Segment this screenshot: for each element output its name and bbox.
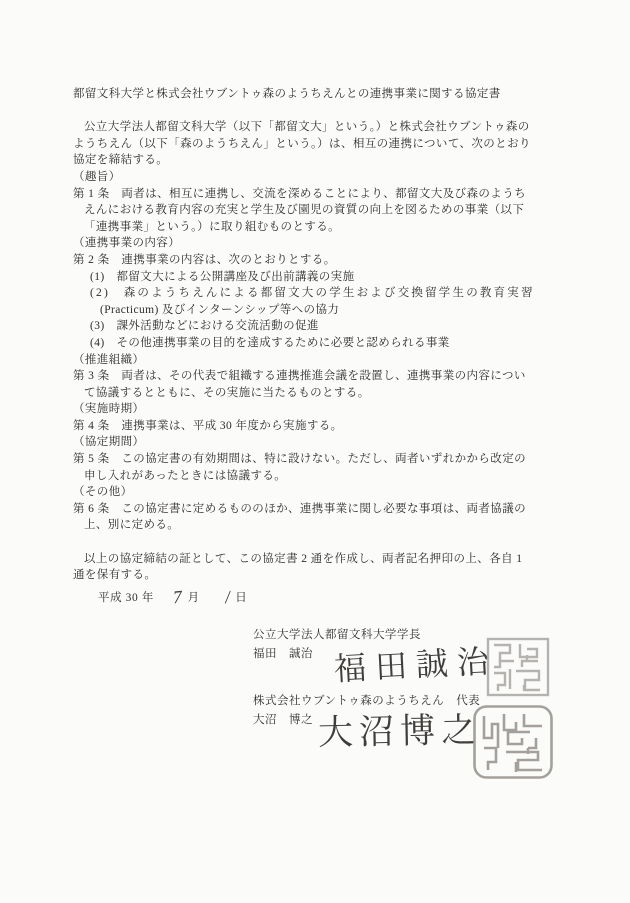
document-line: ようちえん（以下「森のようちえん」という。）は、相互の連携について、次のとおり [73,136,557,153]
date-era-year: 平成 30 年 [98,589,154,605]
document-line: 第 3 条 両者は、その代表で組織する連携推進会議を設置し、連携事業の内容につい [73,368,557,385]
document-line: (3) 課外活動などにおける交流活動の促進 [73,318,557,335]
document-line: 第 2 条 連携事業の内容は、次のとおりとする。 [73,252,557,269]
document-line: （協定期間） [73,434,557,451]
document-line: （趣旨） [73,169,557,186]
document-line: 協定を締結する。 [73,152,557,169]
document-line: 以上の協定締結の証として、この協定書 2 通を作成し、両者記名押印の上、各自 1 [73,551,557,568]
document-line: (4) その他連携事業の目的を達成するために必要と認められる事業 [73,335,557,352]
handwritten-day-value: / [224,586,231,607]
document-line: 上、別に定める。 [73,517,557,534]
date-day-label: 日 [235,589,247,605]
document-line: 第 1 条 両者は、相互に連携し、交流を深めることにより、都留文大及び森のようち [73,186,557,203]
handwritten-signature-fukuda: 福田誠治 [333,636,499,691]
document-body: 都留文科大学と株式会社ウブントゥ森のようちえんとの連携事業に関する協定書 公立大… [73,86,557,584]
document-line: 通を保有する。 [73,567,557,584]
document-line: 「連携事業」という。）に取り組むものとする。 [73,219,557,236]
document-line: (2) 森のようちえんによる都留文大の学生および交換留学生の教育実習 [73,285,557,302]
document-line: (1) 都留文大による公開講座及び出前講義の実施 [73,269,557,286]
document-title: 都留文科大学と株式会社ウブントゥ森のようちえんとの連携事業に関する協定書 [73,86,557,103]
document-line: て協議するとともに、その実施に当たるものとする。 [73,385,557,402]
handwritten-signature-onuma: 大沼博之 [318,703,483,756]
date-line: 平成 30 年 7 月 / 日 [98,584,247,610]
hanko-seal-stamp-university [486,637,550,697]
document-line: 公立大学法人都留文科大学（以下「都留文大」という。）と株式会社ウブントゥ森の [73,119,557,136]
date-month-label: 月 [188,589,200,605]
handwritten-month-value: 7 [172,586,183,608]
document-line: 第 5 条 この協定書の有効期間は、特に設けない。ただし、両者いずれかから改定の [73,451,557,468]
document-line: （実施時期） [73,401,557,418]
document-line: （その他） [73,484,557,501]
document-line: （推進組織） [73,352,557,369]
document-line: 第 4 条 連携事業は、平成 30 年度から実施する。 [73,418,557,435]
document-line: えんにおける教育内容の充実と学生及び園児の資質の向上を図るための事業（以下 [73,202,557,219]
blank-line [73,534,557,551]
document-line: (Practicum) 及びインターンシップ等への協力 [73,302,557,319]
scanned-agreement-page: 都留文科大学と株式会社ウブントゥ森のようちえんとの連携事業に関する協定書 公立大… [0,0,630,903]
document-line: 申し入れがあったときには協議する。 [73,468,557,485]
document-line: （連携事業の内容） [73,235,557,252]
blank-line [73,103,557,120]
document-line: 第 6 条 この協定書に定めるもののほか、連携事業に関し必要な事項は、両者協議の [73,501,557,518]
hanko-seal-stamp-company [472,704,554,780]
